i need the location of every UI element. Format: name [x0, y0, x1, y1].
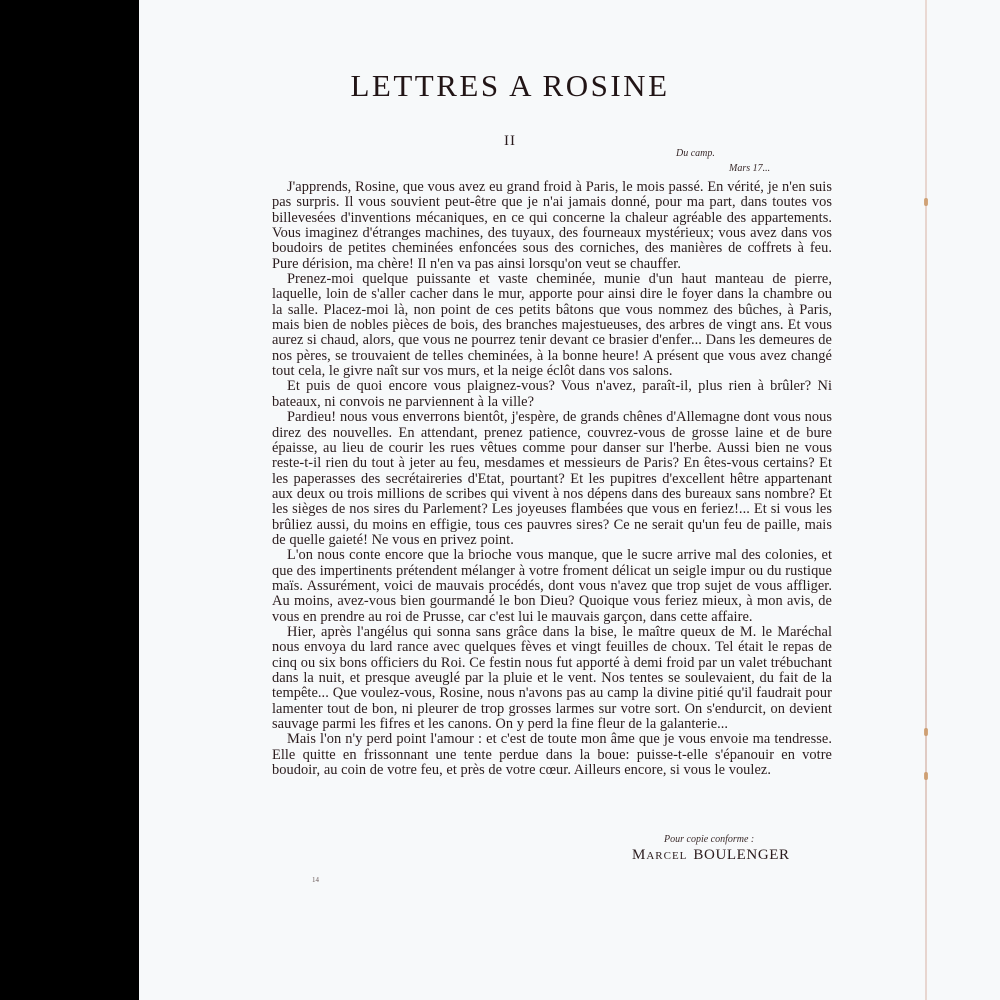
paragraph: J'apprends, Rosine, que vous avez eu gra…: [272, 180, 832, 272]
chapter-number: II: [164, 133, 856, 150]
signature-first-name: Marcel: [632, 847, 687, 863]
book-page: LETTRES A ROSINE II Du camp. Mars 17... …: [139, 0, 1000, 1000]
foxing-spot: [924, 198, 928, 206]
signature-last-name: BOULENGER: [693, 847, 789, 863]
dateline-date: Mars 17...: [729, 163, 770, 174]
dateline-place: Du camp.: [676, 148, 715, 159]
paragraph: Hier, après l'angélus qui sonna sans grâ…: [272, 625, 832, 732]
paragraph: L'on nous conte encore que la brioche vo…: [272, 548, 832, 625]
closing-note: Pour copie conforme :: [664, 834, 754, 845]
paragraph: Pardieu! nous vous enverrons bientôt, j'…: [272, 410, 832, 548]
signature: MarcelBOULENGER: [632, 847, 790, 864]
paragraph: Mais l'on n'y perd point l'amour : et c'…: [272, 732, 832, 778]
page-fold-line: [925, 0, 927, 1000]
page-number: 14: [312, 876, 319, 884]
paragraph: Prenez-moi quelque puissante et vaste ch…: [272, 272, 832, 379]
letter-body: J'apprends, Rosine, que vous avez eu gra…: [272, 180, 832, 778]
scanned-page-view: LETTRES A ROSINE II Du camp. Mars 17... …: [0, 0, 1000, 1000]
page-title: LETTRES A ROSINE: [164, 68, 856, 104]
foxing-spot: [924, 728, 928, 736]
foxing-spot: [924, 772, 928, 780]
paragraph: Et puis de quoi encore vous plaignez-vou…: [272, 379, 832, 410]
